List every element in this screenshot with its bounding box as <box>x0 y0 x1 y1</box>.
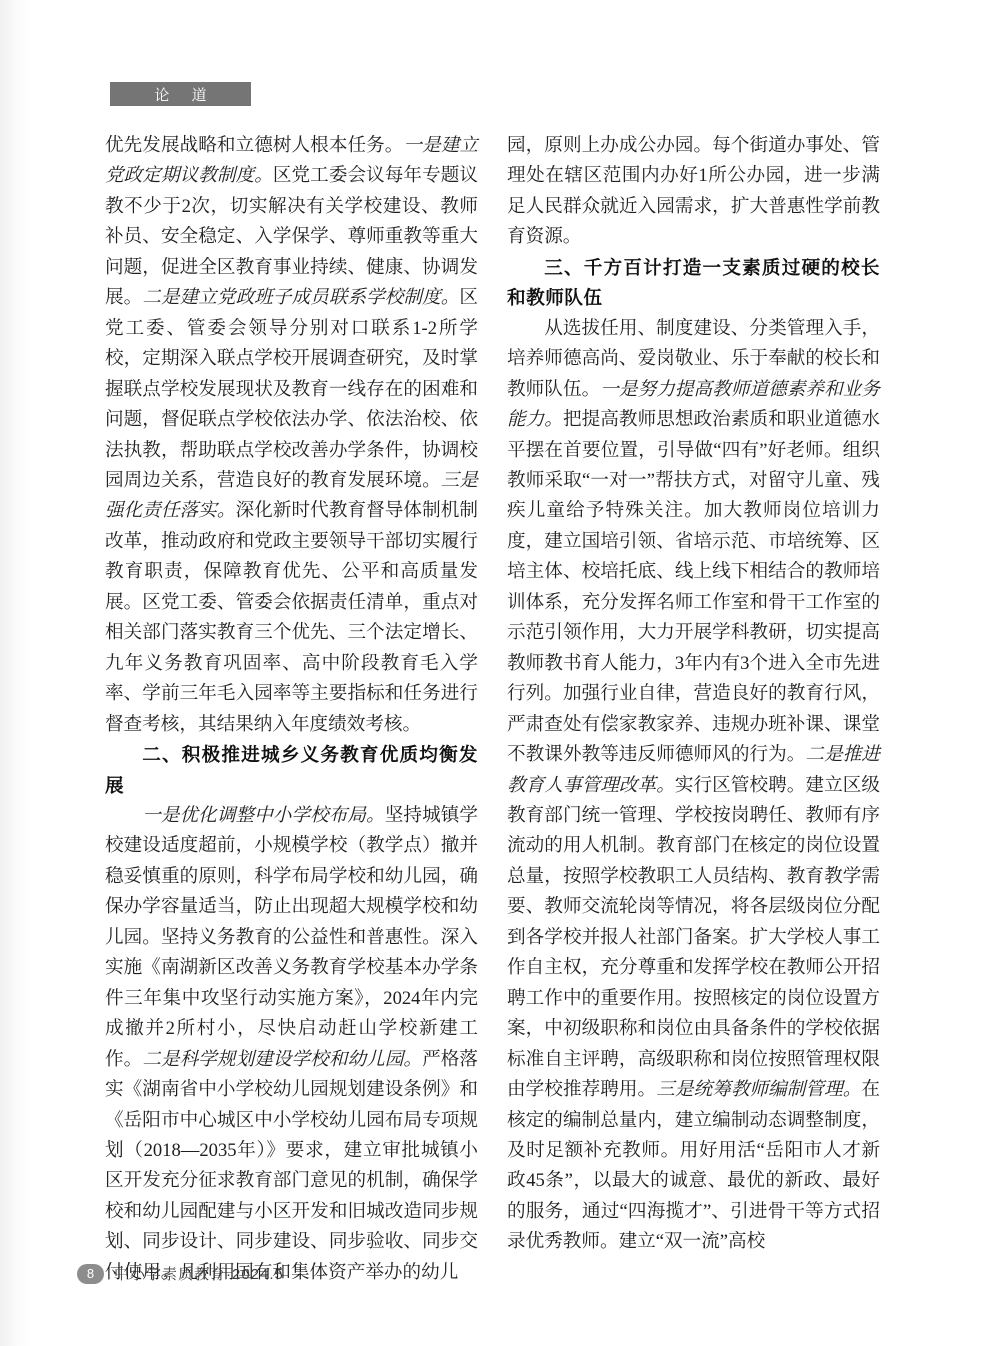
page-number-badge: 8 <box>77 1264 104 1284</box>
paragraph: 优先发展战略和立德树人根本任务。一是建立党政定期议教制度。区党工委会议每年专题议… <box>105 131 478 740</box>
journal-title: 中小学素质教育·2024.5 <box>114 1263 284 1284</box>
article-column-right: 园，原则上办成公办园。每个街道办事处、管理处在辖区范围内办好1所公办园，进一步满… <box>507 131 880 1258</box>
column-header-badge: 论 道 <box>110 82 251 106</box>
emphasis-kai-run: 二是科学规划建设学校和幼儿园。 <box>142 1049 422 1070</box>
page-scan-edge <box>0 0 30 1346</box>
text-run: 坚持城镇学校建设适度超前，小规模学校（教学点）撤并稳妥慎重的原则，科学布局学校和… <box>105 805 478 1070</box>
emphasis-kai-run: 二是建立党政班子成员联系学校制度。 <box>142 287 459 308</box>
article-column-left: 优先发展战略和立德树人根本任务。一是建立党政定期议教制度。区党工委会议每年专题议… <box>105 131 478 1288</box>
text-run: 区党工委、管委会领导分别对口联系1-2所学校，定期深入联点学校开展调查研究，及时… <box>105 287 478 491</box>
text-run: 严格落实《湖南省中小学校幼儿园规划建设条例》和《岳阳市中心城区中小学校幼儿园布局… <box>105 1049 478 1283</box>
emphasis-kai-run: 三是统筹教师编制管理。 <box>656 1079 861 1100</box>
section-heading: 二、积极推进城乡义务教育优质均衡发展 <box>105 740 478 801</box>
section-heading: 三、千方百计打造一支素质过硬的校长和教师队伍 <box>507 253 880 314</box>
text-run: 把提高教师思想政治素质和职业道德水平摆在首要位置，引导做“四有”好老师。组织教师… <box>507 409 880 765</box>
text-run: 园，原则上办成公办园。每个街道办事处、管理处在辖区范围内办好1所公办园，进一步满… <box>507 135 880 247</box>
text-run: 深化新时代教育督导体制机制改革，推动政府和党政主要领导干部切实履行教育职责，保障… <box>105 500 478 734</box>
paragraph: 一是优化调整中小学校布局。坚持城镇学校建设适度超前，小规模学校（教学点）撤并稳妥… <box>105 801 478 1288</box>
paragraph: 园，原则上办成公办园。每个街道办事处、管理处在辖区范围内办好1所公办园，进一步满… <box>507 131 880 253</box>
page-footer: 8 中小学素质教育·2024.5 <box>77 1263 284 1284</box>
text-run: 优先发展战略和立德树人根本任务。 <box>105 135 403 156</box>
paragraph: 从选拔任用、制度建设、分类管理入手，培养师德高尚、爱岗敬业、乐于奉献的校长和教师… <box>507 314 880 1258</box>
emphasis-kai-run: 一是优化调整中小学校布局。 <box>142 805 385 826</box>
text-run: 在核定的编制总量内，建立编制动态调整制度，及时足额补充教师。用好用活“岳阳市人才… <box>507 1079 880 1252</box>
text-run: 实行区管校聘。建立区级教育部门统一管理、学校按岗聘任、教师有序流动的用人机制。教… <box>507 775 880 1101</box>
